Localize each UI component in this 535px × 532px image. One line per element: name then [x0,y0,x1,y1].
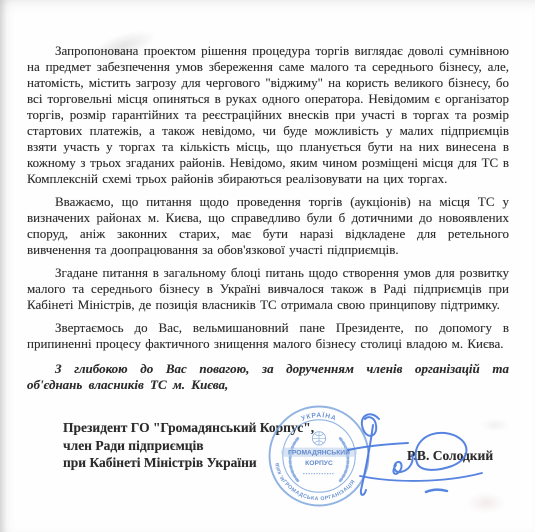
signature-underline-stroke [360,473,482,481]
signature-loop-stroke [361,414,379,495]
handwritten-signature [332,410,500,510]
signature-cross-stroke [348,443,408,450]
paragraph-3: Згадане питання в загальному блоці питан… [27,265,509,313]
signature-dash-stroke [426,490,447,492]
signature-oval-stroke [416,433,467,470]
letter-body: Запропонована проектом рішення процедура… [27,43,509,400]
paragraph-2: Вважаємо, що питання щодо проведення тор… [27,194,509,258]
laurel-left [290,437,300,481]
paragraph-1: Запропонована проектом рішення процедура… [27,43,509,187]
signature-letters-stroke [393,455,412,474]
closing-salutation: З глибокою до Вас повагою, за дорученням… [27,361,509,393]
svg-text:М. КИЇВ: М. КИЇВ [274,462,286,482]
scan-edge-shadow [0,0,7,532]
paragraph-4: Звертаємось до Вас, вельмишановний пане … [27,320,509,352]
stamp-left-arc-text: М. КИЇВ [274,462,286,482]
scanned-letter-page: Запропонована проектом рішення процедура… [0,0,535,532]
stamp-center-line-2: КОРПУС [305,460,333,467]
stamp-emblem-lines [312,432,325,445]
